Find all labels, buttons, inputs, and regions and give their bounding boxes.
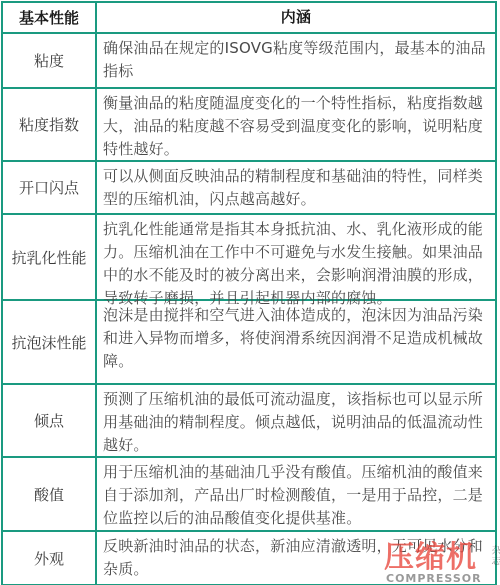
property-desc: 泡沫是由搅拌和空气进入油体造成的，泡沫因为油品污染和进入异物而增多，将使润滑系统… [97, 301, 495, 383]
table-row: 粘度 确保油品在规定的ISOVG粘度等级范围内，最基本的油品指标 [3, 32, 495, 87]
table-row: 抗泡沫性能 泡沫是由搅拌和空气进入油体造成的，泡沫因为油品污染和进入异物而增多，… [3, 299, 495, 383]
property-desc: 确保油品在规定的ISOVG粘度等级范围内，最基本的油品指标 [97, 34, 495, 87]
property-desc: 预测了压缩机油的最低可流动温度，该指标也可以显示所用基础油的精制程度。倾点越低，… [97, 385, 495, 456]
table-row: 抗乳化性能 抗乳化性能通常是指其本身抵抗油、水、乳化液形成的能力。压缩机油在工作… [3, 213, 495, 299]
property-name: 粘度 [3, 34, 97, 87]
property-name: 粘度指数 [3, 89, 97, 160]
property-desc: 可以从侧面反映油品的精制程度和基础油的特性，同样类型的压缩机油，闪点越高越好。 [97, 162, 495, 213]
property-name: 倾点 [3, 385, 97, 456]
table-row: 酸值 用于压缩机油的基础油几乎没有酸值。压缩机油的酸值来自于添加剂，产品出厂时检… [3, 456, 495, 530]
oil-properties-table: 基本性能 内涵 粘度 确保油品在规定的ISOVG粘度等级范围内，最基本的油品指标… [1, 1, 497, 585]
property-desc: 衡量油品的粘度随温度变化的一个特性指标，粘度指数越大，油品的粘度越不容易受到温度… [97, 89, 495, 160]
table-row: 粘度指数 衡量油品的粘度随温度变化的一个特性指标，粘度指数越大，油品的粘度越不容… [3, 87, 495, 160]
table-row: 开口闪点 可以从侧面反映油品的精制程度和基础油的特性，同样类型的压缩机油，闪点越… [3, 160, 495, 213]
property-desc: 用于压缩机油的基础油几乎没有酸值。压缩机油的酸值来自于添加剂，产品出厂时检测酸值… [97, 458, 495, 530]
property-name: 抗乳化性能 [3, 215, 97, 299]
header-property: 基本性能 [3, 3, 97, 32]
property-name: 抗泡沫性能 [3, 301, 97, 383]
property-name: 酸值 [3, 458, 97, 530]
watermark-side-text: 杂志 [490, 545, 500, 565]
property-desc: 抗乳化性能通常是指其本身抵抗油、水、乳化液形成的能力。压缩机油在工作中不可避免与… [97, 215, 495, 299]
header-meaning: 内涵 [97, 3, 495, 32]
table-row: 倾点 预测了压缩机油的最低可流动温度，该指标也可以显示所用基础油的精制程度。倾点… [3, 383, 495, 456]
watermark-logo-text: 压缩机 [384, 543, 477, 573]
table-header-row: 基本性能 内涵 [3, 3, 495, 32]
compressor-magazine-watermark: 压缩机 杂志 COMPRESSOR [382, 537, 500, 585]
property-name: 开口闪点 [3, 162, 97, 213]
property-name: 外观 [3, 532, 97, 584]
watermark-english-text: COMPRESSOR [386, 573, 482, 585]
